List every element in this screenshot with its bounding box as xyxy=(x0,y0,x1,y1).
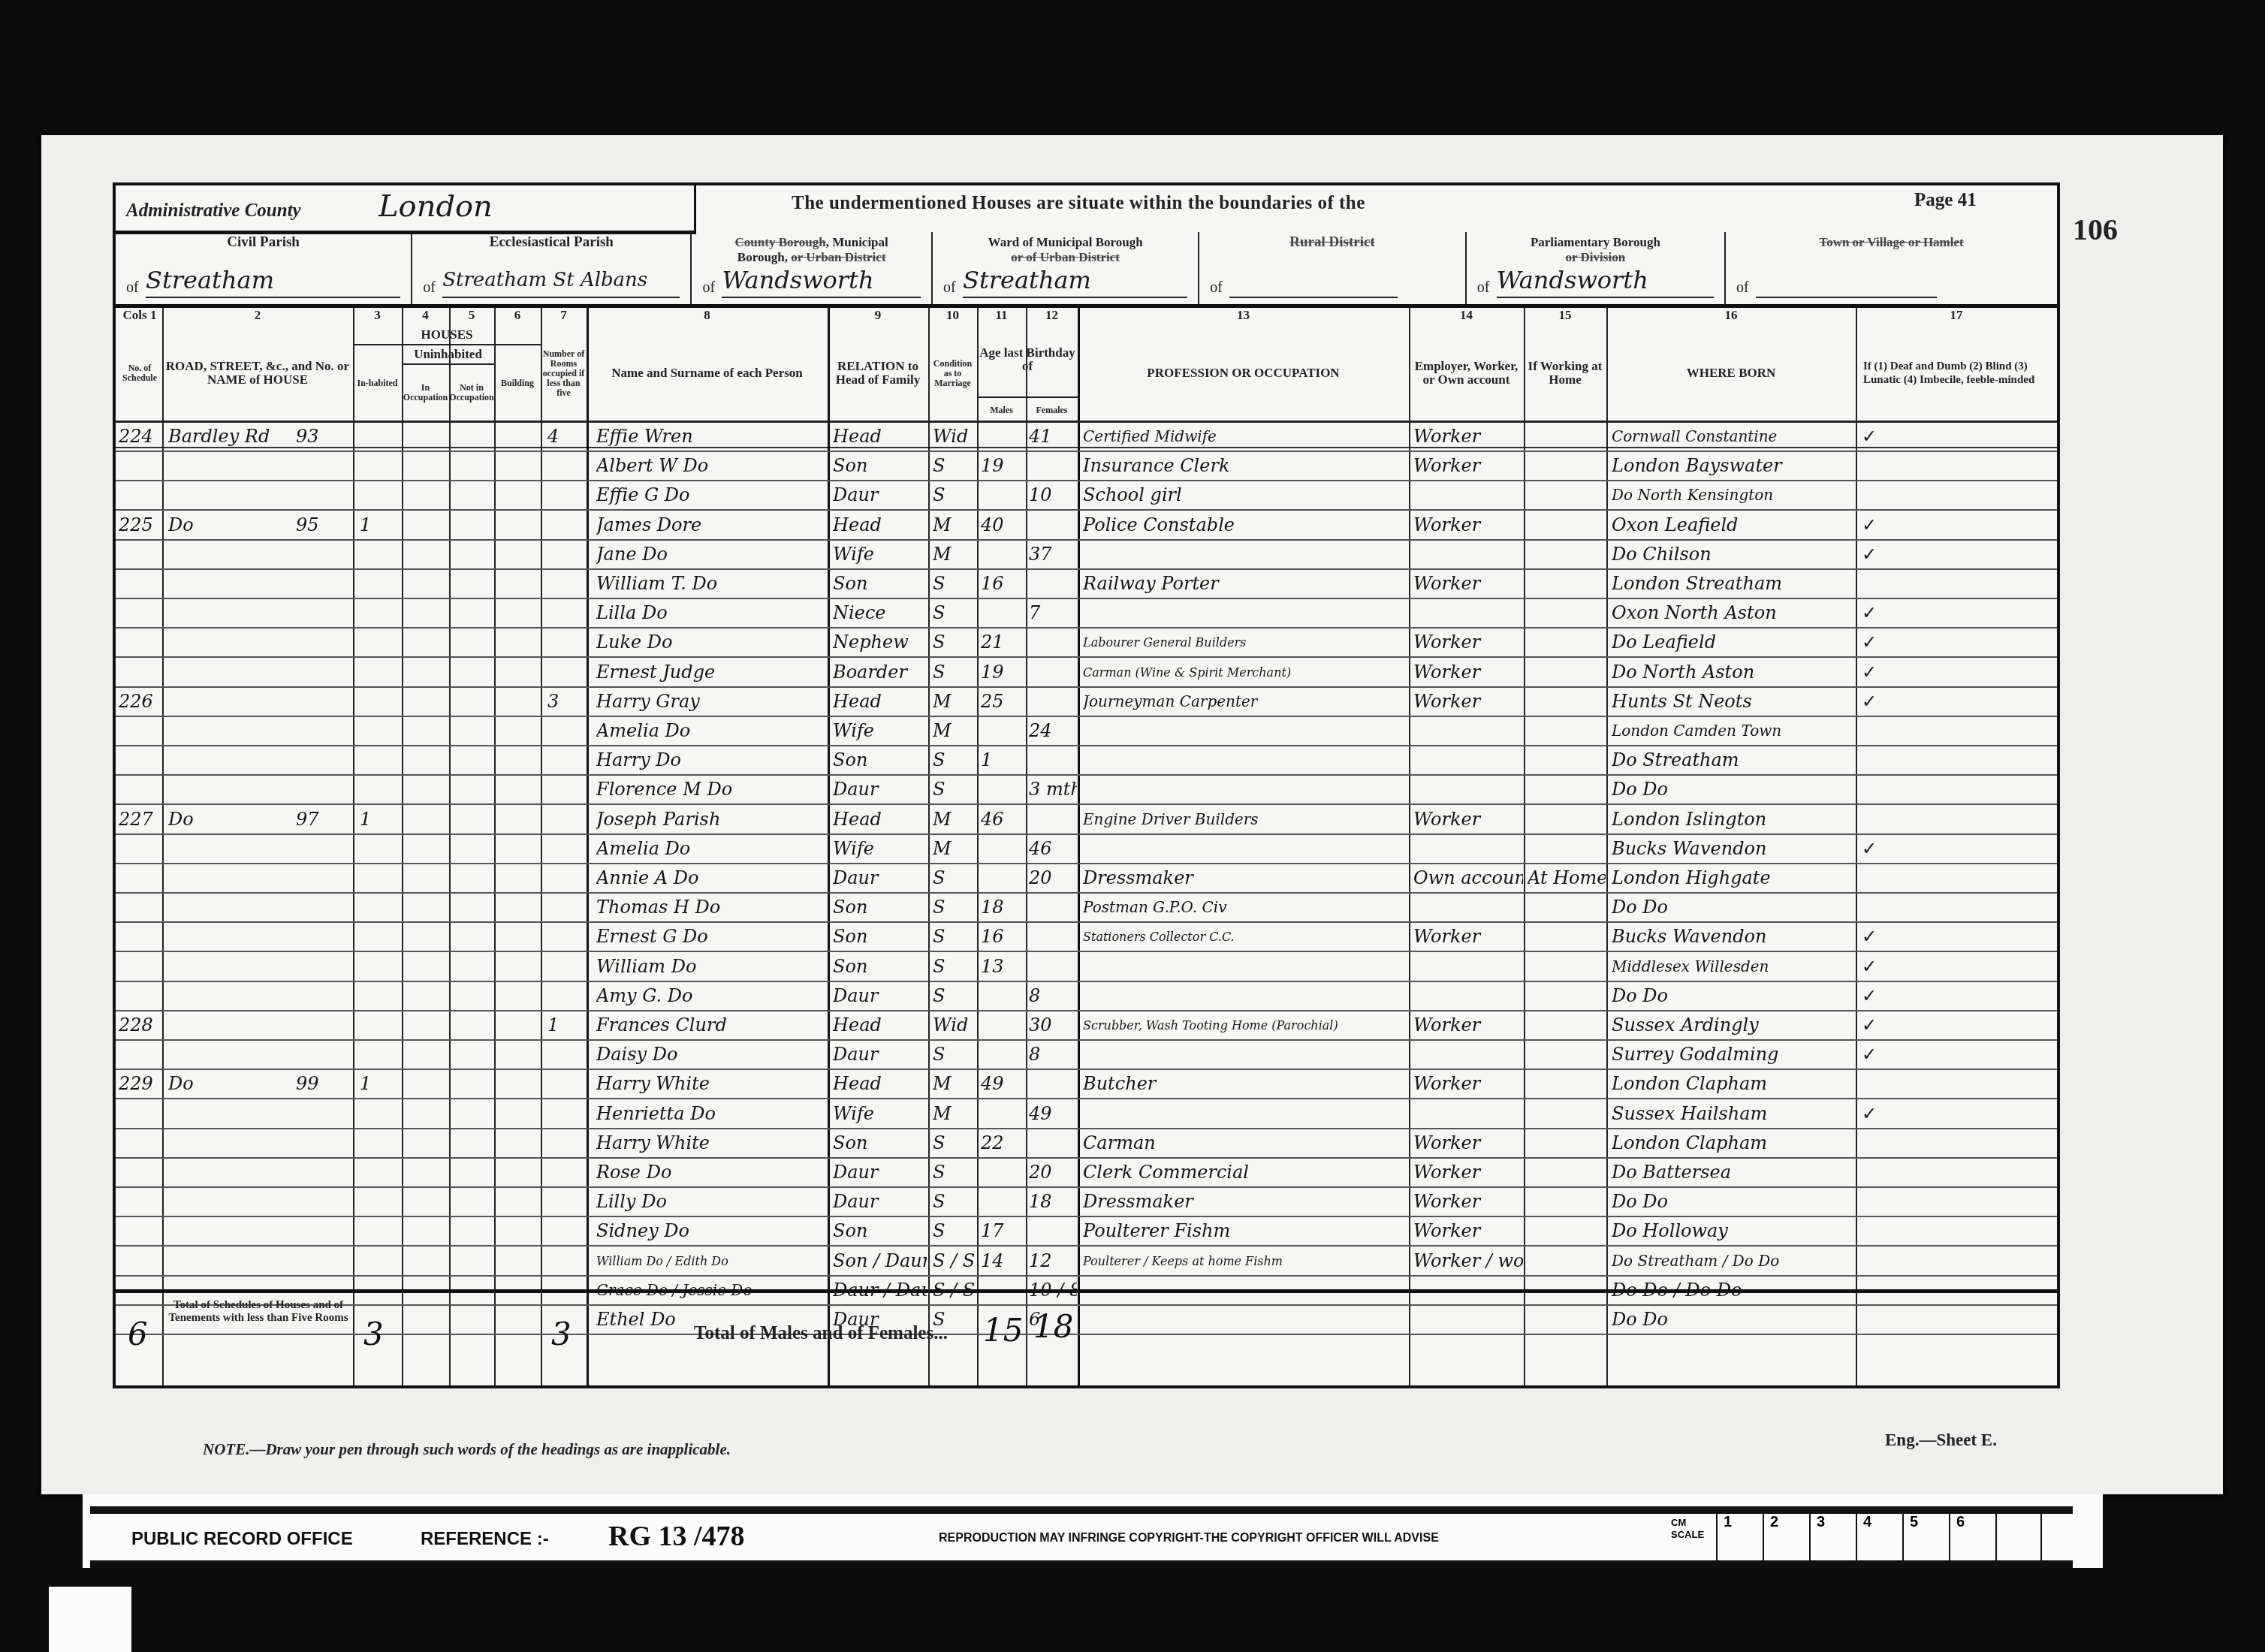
table-row: 229Do991Harry WhiteHeadM49ButcherWorkerL… xyxy=(116,1070,2057,1099)
where-born: Do Battersea xyxy=(1612,1159,1853,1186)
house-number xyxy=(296,1129,348,1157)
person-name: William T. Do xyxy=(596,570,825,598)
schedule-number: 229 xyxy=(119,1070,162,1098)
header-road-street: ROAD, STREET, &c., and No. or NAME of HO… xyxy=(162,326,353,421)
where-born: Do Chilson xyxy=(1612,541,1853,568)
house-number: 95 xyxy=(296,511,348,539)
house-number xyxy=(296,1159,348,1186)
male-age: 46 xyxy=(981,806,1024,834)
header-schedule-no: No. of Schedule xyxy=(117,326,162,421)
male-age xyxy=(981,599,1024,627)
relation-to-head: Boarder xyxy=(833,659,927,686)
employment-status xyxy=(1413,541,1523,568)
relation-to-head: Son / Daur xyxy=(833,1247,927,1275)
relation-to-head: Head xyxy=(833,423,927,451)
rooms-count xyxy=(547,629,585,656)
working-at-home xyxy=(1528,511,1606,539)
occupation xyxy=(1083,982,1407,1010)
road-street xyxy=(168,1188,296,1216)
where-born: London Bayswater xyxy=(1612,452,1853,480)
where-born: London Clapham xyxy=(1612,1070,1853,1098)
working-at-home xyxy=(1528,1217,1606,1245)
person-name: Jane Do xyxy=(596,541,825,568)
table-row: Lilla DoNieceS7Oxon North Aston✓ xyxy=(116,599,2057,629)
col-num-16: 16 xyxy=(1606,308,1856,323)
road-street: Bardley Rd xyxy=(168,423,296,451)
where-born: London Streatham xyxy=(1612,570,1853,598)
area-label: County Borough, MunicipalBorough, or Urb… xyxy=(692,235,931,265)
occupation: Certified Midwife xyxy=(1083,423,1407,451)
header-condition: Condition as to Marriage xyxy=(928,326,977,421)
marriage-condition: S xyxy=(933,1129,976,1157)
rooms-count xyxy=(547,806,585,834)
area-value xyxy=(1756,264,1937,298)
female-age xyxy=(1029,894,1077,921)
marriage-condition: S xyxy=(933,894,976,921)
female-age xyxy=(1029,1070,1077,1098)
occupation xyxy=(1083,541,1407,568)
schedule-number xyxy=(119,629,162,656)
inhabited-count xyxy=(360,1041,397,1069)
female-age: 20 xyxy=(1029,864,1077,892)
where-born: Do Holloway xyxy=(1612,1217,1853,1245)
infirmity-check: ✓ xyxy=(1862,982,1907,1010)
rooms-count xyxy=(547,1070,585,1098)
rooms-count xyxy=(547,1159,585,1186)
marriage-condition: M xyxy=(933,717,976,745)
area-label: Rural District xyxy=(1199,235,1464,250)
rooms-count xyxy=(547,982,585,1010)
where-born: Do Do xyxy=(1612,894,1853,921)
relation-to-head: Son xyxy=(833,746,927,774)
col-num-8: 8 xyxy=(587,308,828,323)
male-age xyxy=(981,982,1024,1010)
header-working-home: If Working at Home xyxy=(1524,326,1606,421)
employment-status: Worker xyxy=(1413,629,1523,656)
female-age: 7 xyxy=(1029,599,1077,627)
marriage-condition: S / S xyxy=(933,1247,976,1275)
male-age: 16 xyxy=(981,570,1024,598)
area-ecclesiastical-parish: Ecclesiastical Parish of Streatham St Al… xyxy=(412,232,692,304)
occupation: Police Constable xyxy=(1083,511,1407,539)
table-row: Ernest JudgeBoarderS19Carman (Wine & Spi… xyxy=(116,659,2057,688)
table-row: 227Do971Joseph ParishHeadM46Engine Drive… xyxy=(116,806,2057,835)
inhabited-count xyxy=(360,923,397,951)
rooms-count xyxy=(547,1188,585,1216)
female-age xyxy=(1029,1217,1077,1245)
infirmity-check xyxy=(1862,894,1907,921)
relation-to-head: Wife xyxy=(833,541,927,568)
male-age xyxy=(981,1011,1024,1039)
person-name: Frances Clurd xyxy=(596,1011,825,1039)
working-at-home xyxy=(1528,1159,1606,1186)
occupation: Dressmaker xyxy=(1083,1188,1407,1216)
total-males-females-label: Total of Males and of Females... xyxy=(694,1323,948,1344)
road-street xyxy=(168,1159,296,1186)
col-num-2: 2 xyxy=(162,308,353,323)
rooms-count xyxy=(547,923,585,951)
occupation: Labourer General Builders xyxy=(1083,629,1407,656)
table-row: Albert W DoSonS19Insurance ClerkWorkerLo… xyxy=(116,452,2057,481)
inhabited-count xyxy=(360,541,397,568)
scale-mark: 3 xyxy=(1809,1514,1856,1560)
person-name: Daisy Do xyxy=(596,1041,825,1069)
male-age xyxy=(981,717,1024,745)
of-prefix: of xyxy=(1736,279,1749,297)
area-value: Wandsworth xyxy=(722,264,921,298)
inhabited-count xyxy=(360,629,397,656)
where-born: Do Leafield xyxy=(1612,629,1853,656)
person-name: Harry Do xyxy=(596,746,825,774)
area-label: Parliamentary Boroughor Division xyxy=(1467,235,1724,265)
inhabited-count xyxy=(360,452,397,480)
admin-county-box: Administrative County London xyxy=(116,185,696,234)
occupation: Engine Driver Builders xyxy=(1083,806,1407,834)
female-age: 18 xyxy=(1029,1188,1077,1216)
house-number xyxy=(296,452,348,480)
infirmity-check: ✓ xyxy=(1862,423,1907,451)
where-born: Hunts St Neots xyxy=(1612,688,1853,716)
rooms-count xyxy=(547,864,585,892)
marriage-condition: Wid xyxy=(933,423,976,451)
road-street xyxy=(168,776,296,803)
col-num-13: 13 xyxy=(1078,308,1409,323)
working-at-home xyxy=(1528,894,1606,921)
person-name: Henrietta Do xyxy=(596,1100,825,1128)
total-schedules: 6 xyxy=(128,1316,148,1352)
schedule-number: 224 xyxy=(119,423,162,451)
employment-status xyxy=(1413,776,1523,803)
rooms-count xyxy=(547,452,585,480)
col-num-3: 3 xyxy=(353,308,402,323)
male-age xyxy=(981,776,1024,803)
inhabited-count xyxy=(360,1159,397,1186)
relation-to-head: Son xyxy=(833,894,927,921)
working-at-home xyxy=(1528,923,1606,951)
area-municipal-borough: County Borough, MunicipalBorough, or Urb… xyxy=(692,232,933,304)
person-name: Amelia Do xyxy=(596,717,825,745)
house-number xyxy=(296,953,348,981)
female-age: 12 xyxy=(1029,1247,1077,1275)
table-row: Harry DoSonS1Do Streatham xyxy=(116,746,2057,776)
inhabited-count xyxy=(360,1217,397,1245)
employment-status xyxy=(1413,1100,1523,1128)
inhabited-count: 1 xyxy=(360,511,397,539)
infirmity-check: ✓ xyxy=(1862,835,1907,863)
person-name: Harry White xyxy=(596,1070,825,1098)
male-age xyxy=(981,1159,1024,1186)
total-rooms: 3 xyxy=(551,1316,572,1352)
working-at-home xyxy=(1528,541,1606,568)
female-age xyxy=(1029,629,1077,656)
person-name: Effie G Do xyxy=(596,481,825,509)
cm-scale: CM SCALE 1 2 3 4 5 6 xyxy=(1671,1514,2042,1560)
relation-to-head: Niece xyxy=(833,599,927,627)
boundary-areas: Civil Parish of Streatham Ecclesiastical… xyxy=(116,232,2057,308)
area-parliamentary-borough: Parliamentary Boroughor Division of Wand… xyxy=(1467,232,1726,304)
road-street xyxy=(168,629,296,656)
female-age xyxy=(1029,953,1077,981)
working-at-home xyxy=(1528,452,1606,480)
schedule-number xyxy=(119,953,162,981)
person-name: Sidney Do xyxy=(596,1217,825,1245)
marriage-condition: S xyxy=(933,1041,976,1069)
marriage-condition: S xyxy=(933,864,976,892)
table-row: William Do / Edith DoSon / DaurS / S1412… xyxy=(116,1247,2057,1277)
road-street xyxy=(168,1129,296,1157)
schedule-number xyxy=(119,481,162,509)
inhabited-count xyxy=(360,688,397,716)
occupation: Insurance Clerk xyxy=(1083,452,1407,480)
relation-to-head: Daur xyxy=(833,982,927,1010)
scale-mark: 5 xyxy=(1902,1514,1949,1560)
schedule-number xyxy=(119,864,162,892)
col-num-10: 10 xyxy=(928,308,977,323)
table-row: Harry WhiteSonS22CarmanWorkerLondon Clap… xyxy=(116,1129,2057,1159)
employment-status: Worker xyxy=(1413,511,1523,539)
relation-to-head: Daur xyxy=(833,776,927,803)
occupation: Postman G.P.O. Civ xyxy=(1083,894,1407,921)
where-born: Do North Aston xyxy=(1612,659,1853,686)
occupation xyxy=(1083,746,1407,774)
area-ward: Ward of Municipal Boroughor of Urban Dis… xyxy=(933,232,1199,304)
where-born: Do Do xyxy=(1612,1188,1853,1216)
occupation xyxy=(1083,599,1407,627)
employment-status: Worker xyxy=(1413,1159,1523,1186)
rooms-count xyxy=(547,541,585,568)
female-age xyxy=(1029,806,1077,834)
employment-status xyxy=(1413,1041,1523,1069)
female-age: 10 xyxy=(1029,481,1077,509)
where-born: London Highgate xyxy=(1612,864,1853,892)
female-age xyxy=(1029,923,1077,951)
where-born: Do Streatham / Do Do xyxy=(1612,1247,1853,1275)
employment-status: Worker xyxy=(1413,1188,1523,1216)
of-prefix: of xyxy=(126,279,139,297)
header-building: Building xyxy=(494,345,541,421)
header-relation: RELATION to Head of Family xyxy=(828,326,928,421)
relation-to-head: Daur xyxy=(833,1041,927,1069)
house-number xyxy=(296,746,348,774)
house-number: 93 xyxy=(296,423,348,451)
working-at-home: At Home xyxy=(1528,864,1606,892)
reference-value: RG 13 /478 xyxy=(608,1520,745,1553)
house-number xyxy=(296,923,348,951)
house-number xyxy=(296,688,348,716)
house-number xyxy=(296,835,348,863)
marriage-condition: S xyxy=(933,599,976,627)
occupation xyxy=(1083,717,1407,745)
scale-mark xyxy=(1995,1514,2042,1560)
male-age: 25 xyxy=(981,688,1024,716)
marriage-condition: M xyxy=(933,1100,976,1128)
person-name: Harry White xyxy=(596,1129,825,1157)
header-where-born: WHERE BORN xyxy=(1606,326,1856,421)
reference-label: REFERENCE :- xyxy=(421,1529,549,1550)
relation-to-head: Son xyxy=(833,570,927,598)
employment-status: Worker xyxy=(1413,423,1523,451)
road-street xyxy=(168,570,296,598)
marriage-condition: M xyxy=(933,688,976,716)
marriage-condition: S xyxy=(933,1217,976,1245)
rooms-count: 4 xyxy=(547,423,585,451)
of-prefix: of xyxy=(1210,279,1223,297)
house-number xyxy=(296,894,348,921)
table-row: William DoSonS13Middlesex Willesden✓ xyxy=(116,953,2057,982)
infirmity-check xyxy=(1862,1217,1907,1245)
of-prefix: of xyxy=(702,279,715,297)
house-number xyxy=(296,629,348,656)
person-name: William Do / Edith Do xyxy=(596,1247,825,1275)
area-town-village: Town or Village or Hamlet of xyxy=(1726,232,2057,304)
marriage-condition: S xyxy=(933,629,976,656)
infirmity-check: ✓ xyxy=(1862,688,1907,716)
person-name: William Do xyxy=(596,953,825,981)
house-number xyxy=(296,1217,348,1245)
where-born: Middlesex Willesden xyxy=(1612,953,1853,981)
col-num-9: 9 xyxy=(828,308,928,323)
totals-row: 6 Total of Schedules of Houses and of Te… xyxy=(116,1289,2057,1383)
header-in-occupation: In Occupation xyxy=(402,365,449,421)
employment-status xyxy=(1413,746,1523,774)
col-num-17: 17 xyxy=(1856,308,2057,323)
female-age: 41 xyxy=(1029,423,1077,451)
total-inhabited: 3 xyxy=(363,1316,384,1352)
male-age xyxy=(981,423,1024,451)
where-born: Oxon Leafield xyxy=(1612,511,1853,539)
infirmity-check: ✓ xyxy=(1862,1100,1907,1128)
archive-reference-strip: PUBLIC RECORD OFFICE REFERENCE :- RG 13 … xyxy=(83,1494,2103,1568)
working-at-home xyxy=(1528,423,1606,451)
occupation: Journeyman Carpenter xyxy=(1083,688,1407,716)
relation-to-head: Daur xyxy=(833,864,927,892)
employment-status xyxy=(1413,481,1523,509)
col-num-1: Cols 1 xyxy=(117,308,162,323)
marriage-condition: M xyxy=(933,1070,976,1098)
rooms-count xyxy=(547,1100,585,1128)
male-age: 18 xyxy=(981,894,1024,921)
working-at-home xyxy=(1528,629,1606,656)
marriage-condition: M xyxy=(933,541,976,568)
infirmity-check xyxy=(1862,776,1907,803)
inhabited-count xyxy=(360,1188,397,1216)
employment-status xyxy=(1413,835,1523,863)
road-street xyxy=(168,717,296,745)
working-at-home xyxy=(1528,481,1606,509)
house-number xyxy=(296,1188,348,1216)
table-row: Annie A DoDaurS20DressmakerOwn accountAt… xyxy=(116,864,2057,894)
marriage-condition: S xyxy=(933,746,976,774)
person-name: Lilla Do xyxy=(596,599,825,627)
schedule-number xyxy=(119,982,162,1010)
female-age xyxy=(1029,746,1077,774)
where-born: London Islington xyxy=(1612,806,1853,834)
occupation: Stationers Collector C.C. xyxy=(1083,923,1407,951)
total-males: 15 xyxy=(983,1312,1023,1349)
house-number xyxy=(296,1247,348,1275)
area-label: Ecclesiastical Parish xyxy=(412,235,690,250)
infirmity-check xyxy=(1862,806,1907,834)
schedule-number: 225 xyxy=(119,511,162,539)
road-street xyxy=(168,953,296,981)
where-born: Do Do xyxy=(1612,982,1853,1010)
house-number xyxy=(296,1100,348,1128)
employment-status: Worker xyxy=(1413,1217,1523,1245)
infirmity-check: ✓ xyxy=(1862,659,1907,686)
table-row: Amy G. DoDaurS8Do Do✓ xyxy=(116,982,2057,1011)
marriage-condition: S xyxy=(933,982,976,1010)
note-text: NOTE.—Draw your pen through such words o… xyxy=(203,1440,731,1459)
infirmity-check xyxy=(1862,1188,1907,1216)
schedule-number xyxy=(119,835,162,863)
schedule-number: 226 xyxy=(119,688,162,716)
road-street xyxy=(168,835,296,863)
female-age: 49 xyxy=(1029,1100,1077,1128)
male-age: 40 xyxy=(981,511,1024,539)
employment-status xyxy=(1413,599,1523,627)
infirmity-check xyxy=(1862,570,1907,598)
employment-status: Worker xyxy=(1413,688,1523,716)
area-label: Ward of Municipal Boroughor of Urban Dis… xyxy=(933,235,1198,265)
admin-county-label: Administrative County xyxy=(126,200,301,222)
marriage-condition: S xyxy=(933,923,976,951)
where-born: Sussex Ardingly xyxy=(1612,1011,1853,1039)
inhabited-count xyxy=(360,746,397,774)
table-row: Rose DoDaurS20Clerk CommercialWorkerDo B… xyxy=(116,1159,2057,1188)
male-age: 1 xyxy=(981,746,1024,774)
area-label: Civil Parish xyxy=(116,235,411,250)
house-number xyxy=(296,659,348,686)
female-age xyxy=(1029,688,1077,716)
col-num-12: 12 xyxy=(1026,308,1078,323)
infirmity-check xyxy=(1862,1159,1907,1186)
scale-mark: 6 xyxy=(1949,1514,1995,1560)
working-at-home xyxy=(1528,746,1606,774)
relation-to-head: Head xyxy=(833,1011,927,1039)
relation-to-head: Daur xyxy=(833,1159,927,1186)
inhabited-count xyxy=(360,599,397,627)
scale-mark: 1 xyxy=(1716,1514,1763,1560)
table-row: 2281Frances ClurdHeadWid30Scrubber, Wash… xyxy=(116,1011,2057,1041)
relation-to-head: Wife xyxy=(833,1100,927,1128)
rooms-count xyxy=(547,717,585,745)
house-number xyxy=(296,599,348,627)
area-value: Streatham xyxy=(146,264,400,298)
header-females: Females xyxy=(1026,396,1078,422)
schedule-number xyxy=(119,1041,162,1069)
male-age: 13 xyxy=(981,953,1024,981)
occupation xyxy=(1083,776,1407,803)
header-males: Males xyxy=(977,396,1026,422)
schedule-number xyxy=(119,599,162,627)
area-civil-parish: Civil Parish of Streatham xyxy=(116,232,412,304)
schedule-number xyxy=(119,1100,162,1128)
schedule-number xyxy=(119,659,162,686)
inhabited-count xyxy=(360,835,397,863)
female-age: 46 xyxy=(1029,835,1077,863)
male-age: 19 xyxy=(981,452,1024,480)
person-name: Amelia Do xyxy=(596,835,825,863)
rooms-count xyxy=(547,1247,585,1275)
person-name: Ernest G Do xyxy=(596,923,825,951)
rooms-count xyxy=(547,511,585,539)
infirmity-check xyxy=(1862,1070,1907,1098)
infirmity-check: ✓ xyxy=(1862,1011,1907,1039)
working-at-home xyxy=(1528,953,1606,981)
male-age: 49 xyxy=(981,1070,1024,1098)
where-born: Do North Kensington xyxy=(1612,481,1853,509)
schedule-number xyxy=(119,894,162,921)
